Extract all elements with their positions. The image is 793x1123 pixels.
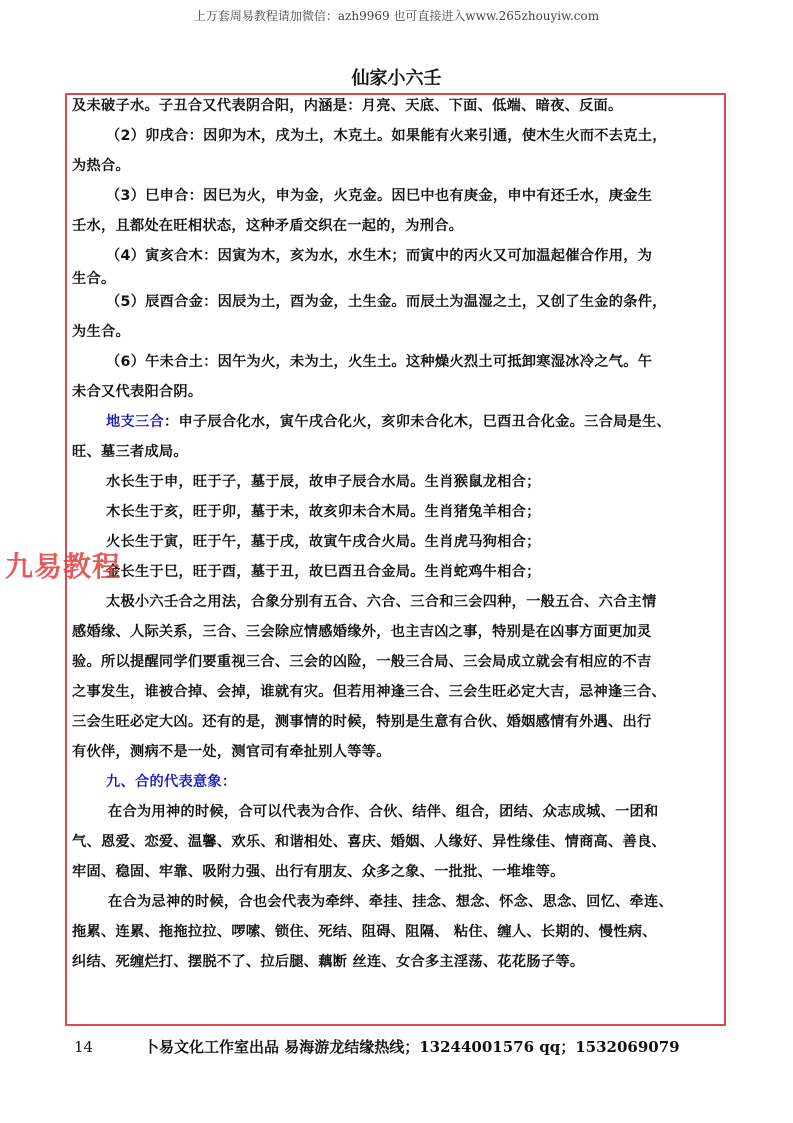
usage-line: 验。所以提醒同学们要重视三合、三会的凶险，一般三合局、三会局成立就会有相应的不吉	[72, 651, 724, 681]
text-line: 壬水，且都处在旺相状态，这种矛盾交织在一起的，为刑合。	[72, 215, 724, 245]
top-watermark: 上万套周易教程请加微信：azh9969 也可直接进入www.265zhouyiw…	[0, 7, 793, 24]
text-line: （3）巳申合：因巳为火，申为金，火克金。因巳中也有庚金，申中有还壬水，庚金生	[72, 185, 724, 215]
text-line: （6）午未合土：因午为火，未为土，火生土。这种燥火烈土可抵卸寒湿冰冷之气。午	[72, 351, 724, 381]
text-line: 为生合。	[72, 321, 724, 351]
sanhe-line: 地支三合：申子辰合化水，寅午戌合化火，亥卯未合化木，巳酉丑合化金。三合局是生、	[72, 411, 724, 441]
sanhe-item: 水长生于申，旺于子，墓于辰，故申子辰合水局。生肖猴鼠龙相合；	[72, 471, 724, 501]
usage-line: 感婚缘、人际关系，三合、三会除应情感婚缘外，也主吉凶之事，特别是在凶事方面更加灵	[72, 621, 724, 651]
text-line: 生合。	[72, 268, 724, 291]
yongshen-line: 牢固、稳固、牢靠、吸附力强、出行有朋友、众多之象、一批批、一堆堆等。	[72, 861, 724, 891]
text-line: 旺、墓三者成局。	[72, 441, 724, 471]
page-title: 仙家小六壬	[0, 64, 793, 90]
yongshen-line: 在合为用神的时候，合可以代表为合作、合伙、结伴、组合，团结、众志成城、一团和	[72, 801, 724, 831]
page-footer: 14卜易文化工作室出品 易海游龙结缘热线；13244001576 qq；1532…	[74, 1036, 680, 1057]
document-body: 及未破子水。子丑合又代表阴合阳，内涵是：月亮、天底、下面、低端、暗夜、反面。 （…	[72, 95, 724, 981]
jishen-line: 拖累、连累、拖拖拉拉、啰嗦、锁住、死结、阻碍、阻隔、 粘住、缠人、长期的、慢性病…	[72, 921, 724, 951]
page-number: 14	[74, 1038, 144, 1056]
text-line: 及未破子水。子丑合又代表阴合阳，内涵是：月亮、天底、下面、低端、暗夜、反面。	[72, 95, 724, 125]
text-line: （4）寅亥合木：因寅为木，亥为水，水生木；而寅中的丙火又可加温起催合作用，为	[72, 245, 724, 268]
sanhe-item: 火长生于寅，旺于午，墓于戌，故寅午戌合火局。生肖虎马狗相合；	[72, 531, 724, 561]
usage-line: 之事发生，谁被合掉、会掉，谁就有灾。但若用神逢三合、三会生旺必定大吉，忌神逢三合…	[72, 681, 724, 711]
text-line: （5）辰酉合金：因辰为土，酉为金，土生金。而辰土为温湿之土，又创了生金的条件，	[72, 291, 724, 321]
sanhe-text: ：申子辰合化水，寅午戌合化火，亥卯未合化木，巳酉丑合化金。三合局是生、	[164, 414, 671, 430]
footer-text: 卜易文化工作室出品 易海游龙结缘热线；13244001576 qq；153206…	[144, 1038, 680, 1056]
sanhe-item: 金长生于巳，旺于酉，墓于丑，故巳酉丑合金局。生肖蛇鸡牛相合；	[72, 561, 724, 591]
text-line: （2）卯戌合：因卯为木，戌为土，木克土。如果能有火来引通，使木生火而不去克土，	[72, 125, 724, 155]
jishen-line: 在合为忌神的时候，合也会代表为牵绊、牵挂、挂念、想念、怀念、思念、回忆、牵连、	[72, 891, 724, 921]
yongshen-line: 气、恩爱、恋爱、温馨、欢乐、和谐相处、喜庆、婚姻、人缘好、异性缘佳、情商高、善良…	[72, 831, 724, 861]
sanhe-item: 木长生于亥，旺于卯，墓于未，故亥卯未合木局。生肖猪兔羊相合；	[72, 501, 724, 531]
text-line: 未合又代表阳合阴。	[72, 381, 724, 411]
sanhe-label: 地支三合	[106, 414, 164, 430]
section-heading: 九、合的代表意象：	[72, 771, 724, 801]
jishen-line: 纠结、死缠烂打、摆脱不了、拉后腿、藕断 丝连、女合多主淫荡、花花肠子等。	[72, 951, 724, 981]
usage-line: 三会生旺必定大凶。还有的是，测事情的时候，特别是生意有合伙、婚姻感情有外遇、出行	[72, 711, 724, 741]
watermark-stamp: 九易教程	[5, 545, 121, 585]
usage-line: 有伙伴，测病不是一处，测官司有牵扯别人等等。	[72, 741, 724, 771]
text-line: 为热合。	[72, 155, 724, 185]
usage-line: 太极小六壬合之用法，合象分别有五合、六合、三合和三会四种，一般五合、六合主情	[72, 591, 724, 621]
